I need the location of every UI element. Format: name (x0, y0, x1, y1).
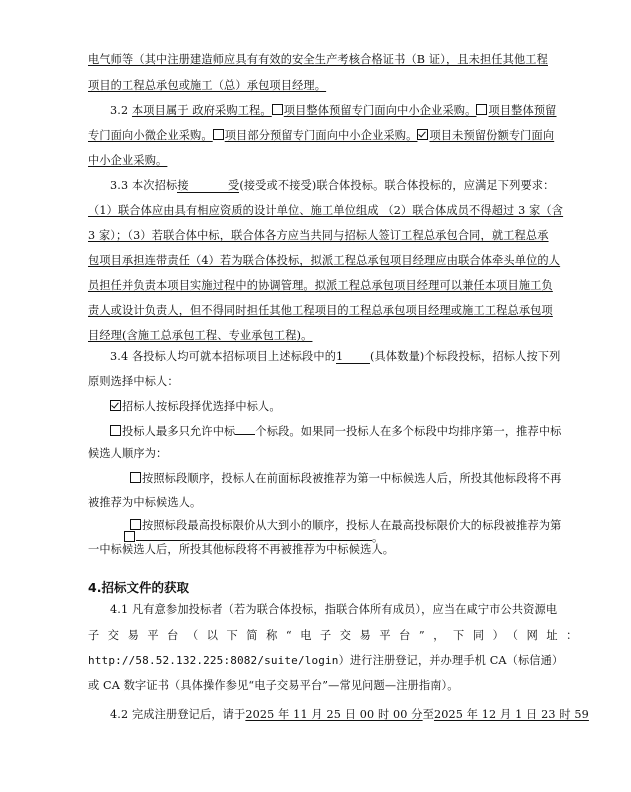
section-4-heading: 4.招标文件的获取 (88, 578, 189, 596)
registration-end-time: 2025 年 12 月 1 日 23 时 59 (434, 708, 589, 721)
para-3-2-line-1: 3.2 本项目属于 政府采购工程。项目整体预留专门面向中小企业采购。项目整体预留 (110, 103, 542, 119)
checkbox-whole-reserved-sme[interactable] (272, 104, 283, 115)
checkbox-partial-reserved-sme[interactable] (213, 129, 224, 140)
bid-section-count-field[interactable]: 1 (336, 350, 370, 364)
para-4-2-line-1: 4.2 完成注册登记后，请于2025 年 11 月 25 日 00 时 00 分… (110, 707, 542, 723)
para-3-3-line-5: 员担任并负责本项目实施过程中的协调管理。拟派工程总承包项目经理可以兼任本项目施工… (88, 278, 542, 294)
sub-option-1-line-1: 按照标段顺序，投标人在前面标段被推荐为第一中标候选人后，所投其他标段将不再 (130, 471, 542, 487)
checkbox-whole-reserved-micro[interactable] (476, 104, 487, 115)
max-win-sections-field[interactable] (235, 434, 255, 435)
sub-option-1-line-2: 被推荐为中标候选人。 (88, 495, 542, 511)
platform-url-link[interactable]: http://58.52.132.225:8082/suite/login (88, 654, 339, 667)
para-4-1-line-3: http://58.52.132.225:8082/suite/login）进行… (88, 653, 542, 669)
para-3-2-line-3: 中小企业采购。 (88, 153, 542, 169)
checkbox-not-reserved[interactable] (417, 129, 428, 140)
registration-start-time: 2025 年 11 月 25 日 00 时 00 分 (245, 708, 422, 721)
option-b-line-2: 候选人顺序为： (88, 446, 542, 462)
para-4-1-line-2: 子交易平台（以下简称“电子交易平台”，下同）（网址： (88, 628, 542, 644)
para-3-2-number: 3.2 (110, 104, 128, 117)
sub-option-3-field[interactable] (136, 540, 372, 541)
checkbox-option-a[interactable] (110, 400, 121, 411)
para-3-3-line-2: （1）联合体应由具有相应资质的设计单位、施工单位组成 （2）联合体成员不得超过 … (88, 203, 542, 219)
para-3-4-line-2: 原则选择中标人： (88, 374, 542, 390)
checkbox-sub-option-2[interactable] (130, 519, 141, 530)
para-3-2-line-2: 专门面向小微企业采购。项目部分预留专门面向中小企业采购。项目未预留份额专门面向 (88, 128, 542, 144)
checkbox-sub-option-3[interactable] (124, 531, 135, 542)
para-4-1-line-1: 4.1 凡有意参加投标者（若为联合体投标，指联合体所有成员），应当在咸宁市公共资… (110, 602, 542, 618)
para-3-1-line-2: 项目的工程总承包或施工（总）承包项目经理。 (88, 78, 542, 94)
para-3-4-line-1: 3.4 各投标人均可就本招标项目上述标段中的1(具体数量)个标段投标，招标人按下… (110, 349, 542, 365)
checkbox-sub-option-1[interactable] (130, 472, 141, 483)
para-3-3-line-7: 目经理(含施工总承包工程、专业承包工程)。 (88, 328, 542, 344)
checkbox-option-b[interactable] (110, 425, 121, 436)
joint-bid-field[interactable]: 接受 (177, 179, 239, 193)
para-3-3-line-3: 3 家）；（3）若联合体中标，联合体各方应当共同与招标人签订工程总承包合同，就工… (88, 228, 542, 244)
option-a: 招标人按标段择优选择中标人。 (110, 399, 542, 415)
sub-option-3: 。 (124, 530, 424, 546)
para-3-3-line-1: 3.3 本次招标接受(接受或不接受)联合体投标。联合体投标的，应满足下列要求： (110, 178, 542, 194)
para-3-3-line-6: 责人或设计负责人，但不得同时担任其他工程项目的工程总承包项目经理或施工工程总承包… (88, 303, 542, 319)
para-3-1-line-1: 电气师等（其中注册建造师应具有有效的安全生产考核合格证书（B 证），且未担任其他… (88, 52, 542, 68)
para-4-1-line-4: 或 CA 数字证书（具体操作参见“电子交易平台”—常见问题—注册指南）。 (88, 678, 542, 694)
option-b-line-1: 投标人最多只允许中标个标段。如果同一投标人在多个标段中均排序第一，推荐中标 (110, 424, 542, 440)
para-3-3-line-4: 包项目承担连带责任（4）若为联合体投标，拟派工程总承包项目经理应由联合体牵头单位… (88, 253, 542, 269)
document-page: 电气师等（其中注册建造师应具有有效的安全生产考核合格证书（B 证），且未担任其他… (0, 0, 631, 792)
